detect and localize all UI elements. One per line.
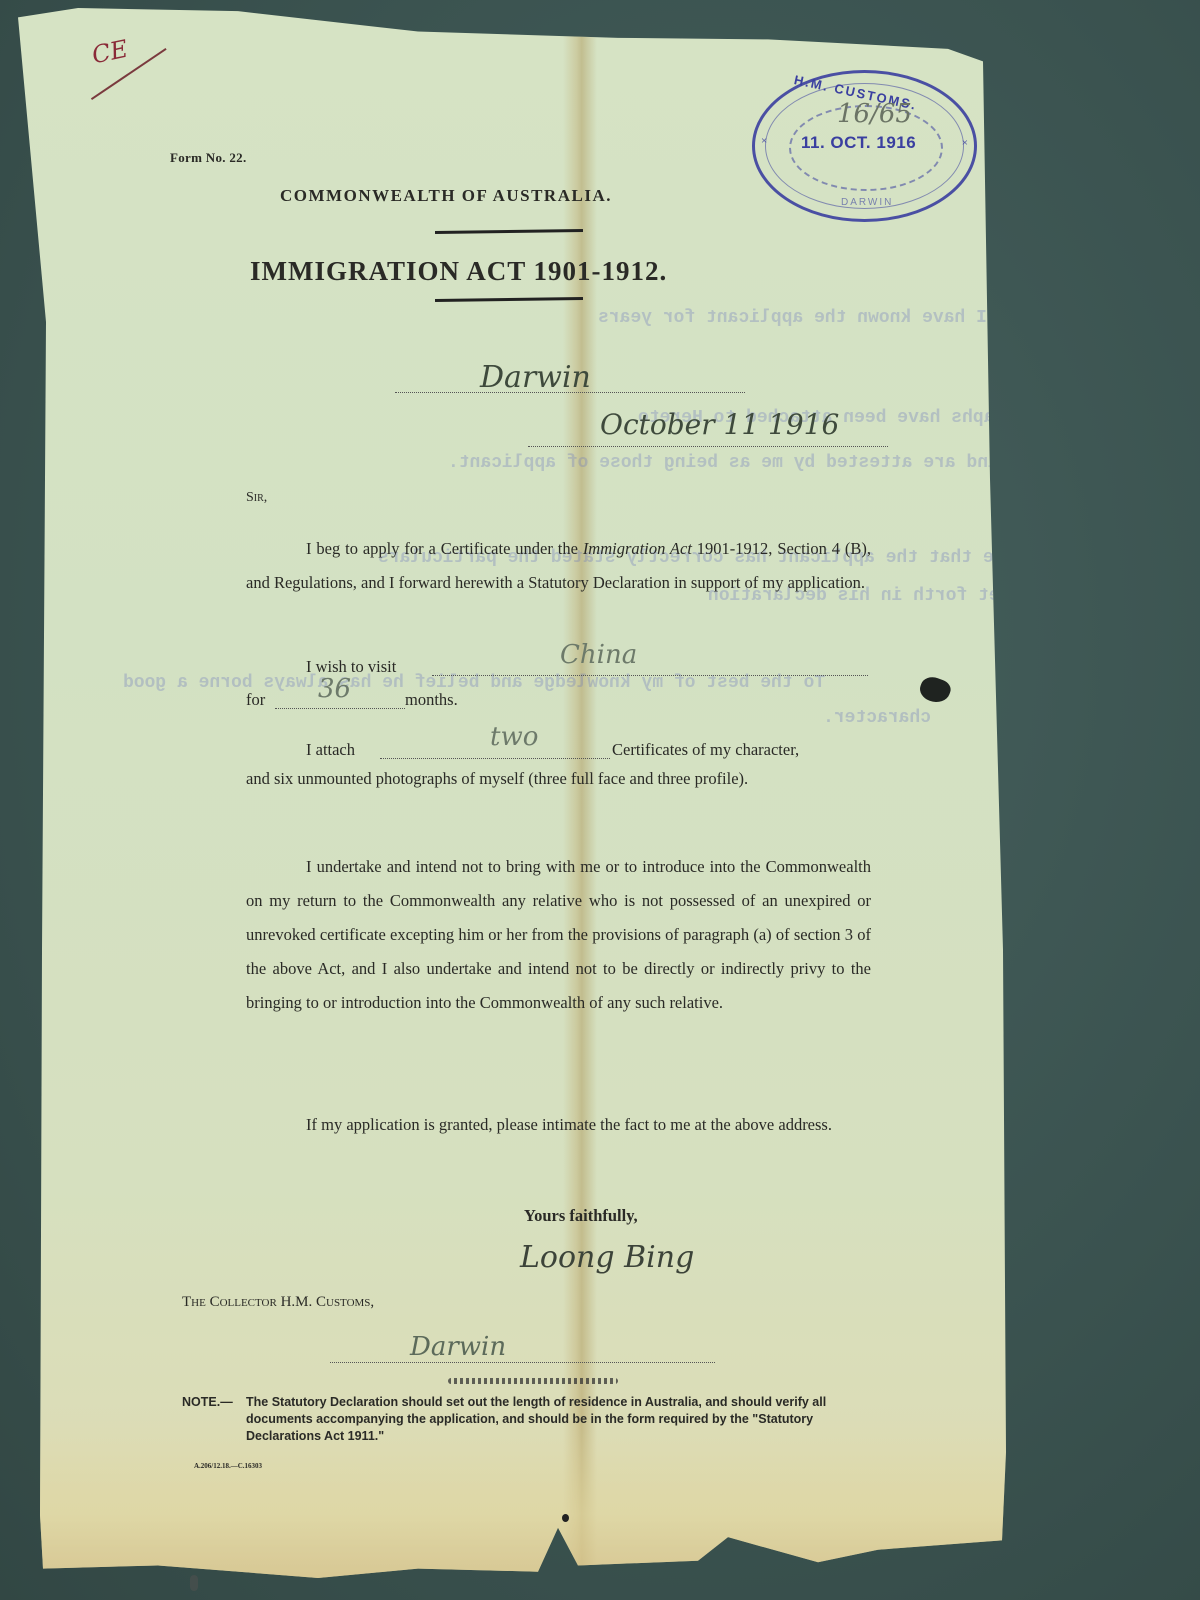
closing: Yours faithfully, [524, 1206, 638, 1226]
duration-label: for [246, 690, 265, 710]
attach-field-line [380, 758, 610, 759]
attach-count-value: two [490, 722, 538, 752]
granted-paragraph: If my application is granted, please int… [246, 1108, 871, 1142]
paragraph-text: I undertake and intend not to bring with… [246, 857, 871, 1012]
photographs-paragraph: and six unmounted photographs of myself … [246, 762, 871, 796]
handwritten-date: October 11 1916 [600, 408, 839, 441]
attach-label: I attach [306, 740, 355, 760]
addressee-field-line [330, 1362, 715, 1363]
visit-field-line [432, 675, 868, 676]
place-field-line [395, 392, 745, 393]
undertaking-paragraph: I undertake and intend not to bring with… [246, 850, 871, 1020]
date-field-line [528, 446, 888, 447]
duration-field-line [275, 708, 405, 709]
visit-destination-value: China [560, 640, 637, 670]
paper-hole [190, 1575, 198, 1591]
document-title: IMMIGRATION ACT 1901-1912. [250, 256, 667, 287]
printer-imprint: A.206/12.18.—C.16303 [194, 1462, 262, 1470]
customs-stamp: H.M. CUSTOMS. 16/65 11. OCT. 1916 DARWIN… [752, 70, 977, 222]
stamp-cross-icon: × [962, 137, 968, 149]
bleed-through-text: character. [823, 708, 931, 728]
document-heading: COMMONWEALTH OF AUSTRALIA. [280, 186, 612, 206]
stamp-cross-icon: × [761, 135, 767, 147]
signature: Loong Bing [520, 1240, 694, 1275]
ornamental-rule [448, 1378, 618, 1384]
paragraph-text: If my application is granted, please int… [306, 1115, 832, 1134]
bleed-through-text: and are attested by me as being those of… [448, 453, 999, 473]
act-name-italic: Immigration Act [583, 539, 692, 558]
addressee: The Collector H.M. Customs, [182, 1294, 374, 1311]
attach-label-after: Certificates of my character, [612, 740, 799, 760]
duration-unit: months. [405, 690, 458, 710]
form-number: Form No. 22. [170, 150, 247, 166]
stamp-date: 11. OCT. 1916 [801, 133, 916, 153]
note-text: The Statutory Declaration should set out… [182, 1394, 882, 1445]
application-paragraph: I beg to apply for a Certificate under t… [246, 532, 871, 600]
stamp-handwritten-ref: 16/65 [837, 99, 912, 129]
duration-value: 36 [318, 674, 351, 704]
bleed-through-text: To the best of my knowledge and belief h… [123, 673, 825, 693]
footnote: NOTE.— The Statutory Declaration should … [182, 1394, 882, 1445]
salutation: Sir, [246, 490, 267, 506]
handwritten-place: Darwin [480, 360, 591, 395]
bleed-through-text: I have known the applicant for years [598, 308, 987, 328]
stamp-bottom-text: DARWIN [841, 197, 893, 208]
addressee-place: Darwin [410, 1332, 506, 1362]
ink-spot [562, 1514, 569, 1522]
paragraph-text: I beg to apply for a Certificate under t… [306, 539, 583, 558]
note-label: NOTE.— [182, 1395, 233, 1409]
